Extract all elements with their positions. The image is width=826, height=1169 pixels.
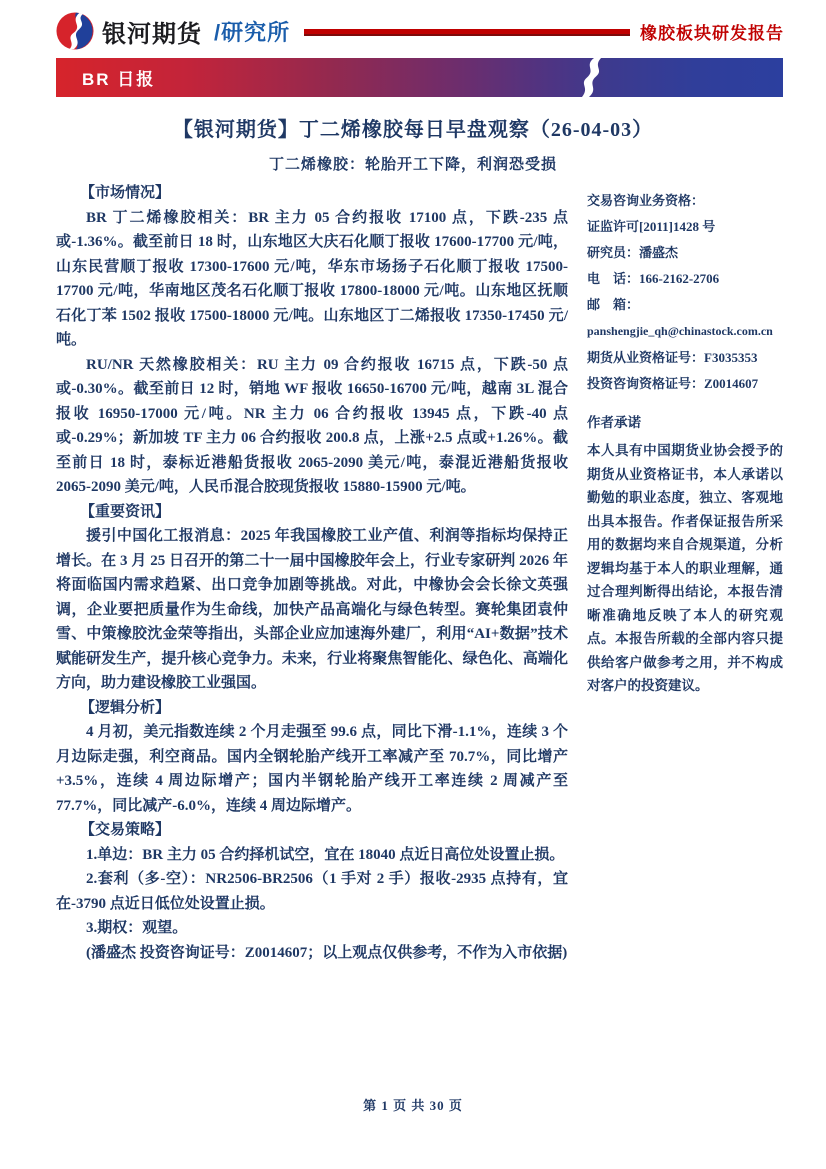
report-title: 【银河期货】丁二烯橡胶每日早盘观察（26-04-03） <box>0 113 826 142</box>
report-page: 银河期货 /研究所 橡胶板块研发报告 BR 日报 【银河期货】丁二烯橡胶每日早盘… <box>0 0 826 1169</box>
qualification-value: 证监许可[2011]1428 号 <box>587 219 715 234</box>
author-promise-text: 本人具有中国期货业协会授予的期货从业资格证书，本人承诺以勤勉的职业态度，独立、客… <box>587 439 783 698</box>
brand-logo-group: 银河期货 /研究所 <box>56 12 290 50</box>
report-subtitle: 丁二烯橡胶：轮胎开工下降，利润恐受损 <box>0 153 826 174</box>
strategy-unilateral: 1.单边：BR 主力 05 合约择机试空，宜在 18040 点近日高位处设置止损… <box>56 843 568 868</box>
advisory-cert-row: 投资咨询资格证号：Z0014607 <box>587 375 783 392</box>
researcher-label: 研究员： <box>587 245 639 260</box>
strategy-options: 3.期权：观望。 <box>56 916 568 941</box>
banner-title: BR 日报 <box>56 65 155 90</box>
market-paragraph-ru-nr: RU/NR 天然橡胶相关：RU 主力 09 合约报收 16715 点，下跌-50… <box>56 353 568 500</box>
brand-division: /研究所 <box>214 16 290 47</box>
section-heading-news: 【重要资讯】 <box>80 500 568 525</box>
email-label: 邮 箱： <box>587 297 639 312</box>
page-number: 第 1 页 共 30 页 <box>0 1095 826 1114</box>
email-label-row: 邮 箱： <box>587 296 783 313</box>
report-type-banner: BR 日报 <box>56 58 783 97</box>
strategy-arbitrage: 2.套利（多-空）：NR2506-BR2506（1 手对 2 手）报收-2935… <box>56 867 568 916</box>
qualification-label: 交易咨询业务资格： <box>587 193 704 208</box>
phone-row: 电 话：166-2162-2706 <box>587 270 783 287</box>
page-header: 银河期货 /研究所 橡胶板块研发报告 <box>0 0 826 50</box>
futures-cert-row: 期货从业资格证号：F3035353 <box>587 349 783 366</box>
galaxy-futures-logo-icon <box>56 12 94 50</box>
content-columns: 【市场情况】 BR 丁二烯橡胶相关：BR 主力 05 合约报收 17100 点，… <box>0 174 826 965</box>
futures-cert-label: 期货从业资格证号： <box>587 350 704 365</box>
brand-name: 银河期货 <box>102 14 202 49</box>
qualification-label-row: 交易咨询业务资格： <box>587 192 783 209</box>
header-red-rule <box>304 29 630 36</box>
logic-paragraph: 4 月初，美元指数连续 2 个月走强至 99.6 点，同比下滑-1.1%，连续 … <box>56 720 568 818</box>
phone-number: 166-2162-2706 <box>639 271 719 286</box>
qualification-value-row: 证监许可[2011]1428 号 <box>587 218 783 235</box>
section-heading-market: 【市场情况】 <box>80 181 568 206</box>
author-promise-title: 作者承诺 <box>587 414 783 431</box>
banner-swirl-icon <box>572 58 604 97</box>
futures-cert-number: F3035353 <box>704 350 757 365</box>
section-heading-logic: 【逻辑分析】 <box>80 696 568 721</box>
author-promise-block: 作者承诺 本人具有中国期货业协会授予的期货从业资格证书，本人承诺以勤勉的职业态度… <box>587 414 783 698</box>
report-sidebar: 交易咨询业务资格： 证监许可[2011]1428 号 研究员：潘盛杰 电 话：1… <box>587 181 783 965</box>
researcher-name: 潘盛杰 <box>639 245 678 260</box>
market-paragraph-br: BR 丁二烯橡胶相关：BR 主力 05 合约报收 17100 点，下跌-235 … <box>56 206 568 353</box>
strategy-disclaimer: (潘盛杰 投资咨询证号：Z0014607；以上观点仅供参考，不作为入市依据) <box>56 941 568 966</box>
report-body: 【市场情况】 BR 丁二烯橡胶相关：BR 主力 05 合约报收 17100 点，… <box>56 181 568 965</box>
report-series-tag: 橡胶板块研发报告 <box>640 19 784 44</box>
phone-label: 电 话： <box>587 271 639 286</box>
email-value-row: panshengjie_qh@chinastock.com.cn <box>587 322 783 340</box>
advisory-cert-number: Z0014607 <box>704 376 758 391</box>
email-address: panshengjie_qh@chinastock.com.cn <box>587 324 773 338</box>
advisory-cert-label: 投资咨询资格证号： <box>587 376 704 391</box>
researcher-row: 研究员：潘盛杰 <box>587 244 783 261</box>
news-paragraph: 援引中国化工报消息：2025 年我国橡胶工业产值、利润等指标均保持正增长。在 3… <box>56 524 568 696</box>
section-heading-strategy: 【交易策略】 <box>80 818 568 843</box>
